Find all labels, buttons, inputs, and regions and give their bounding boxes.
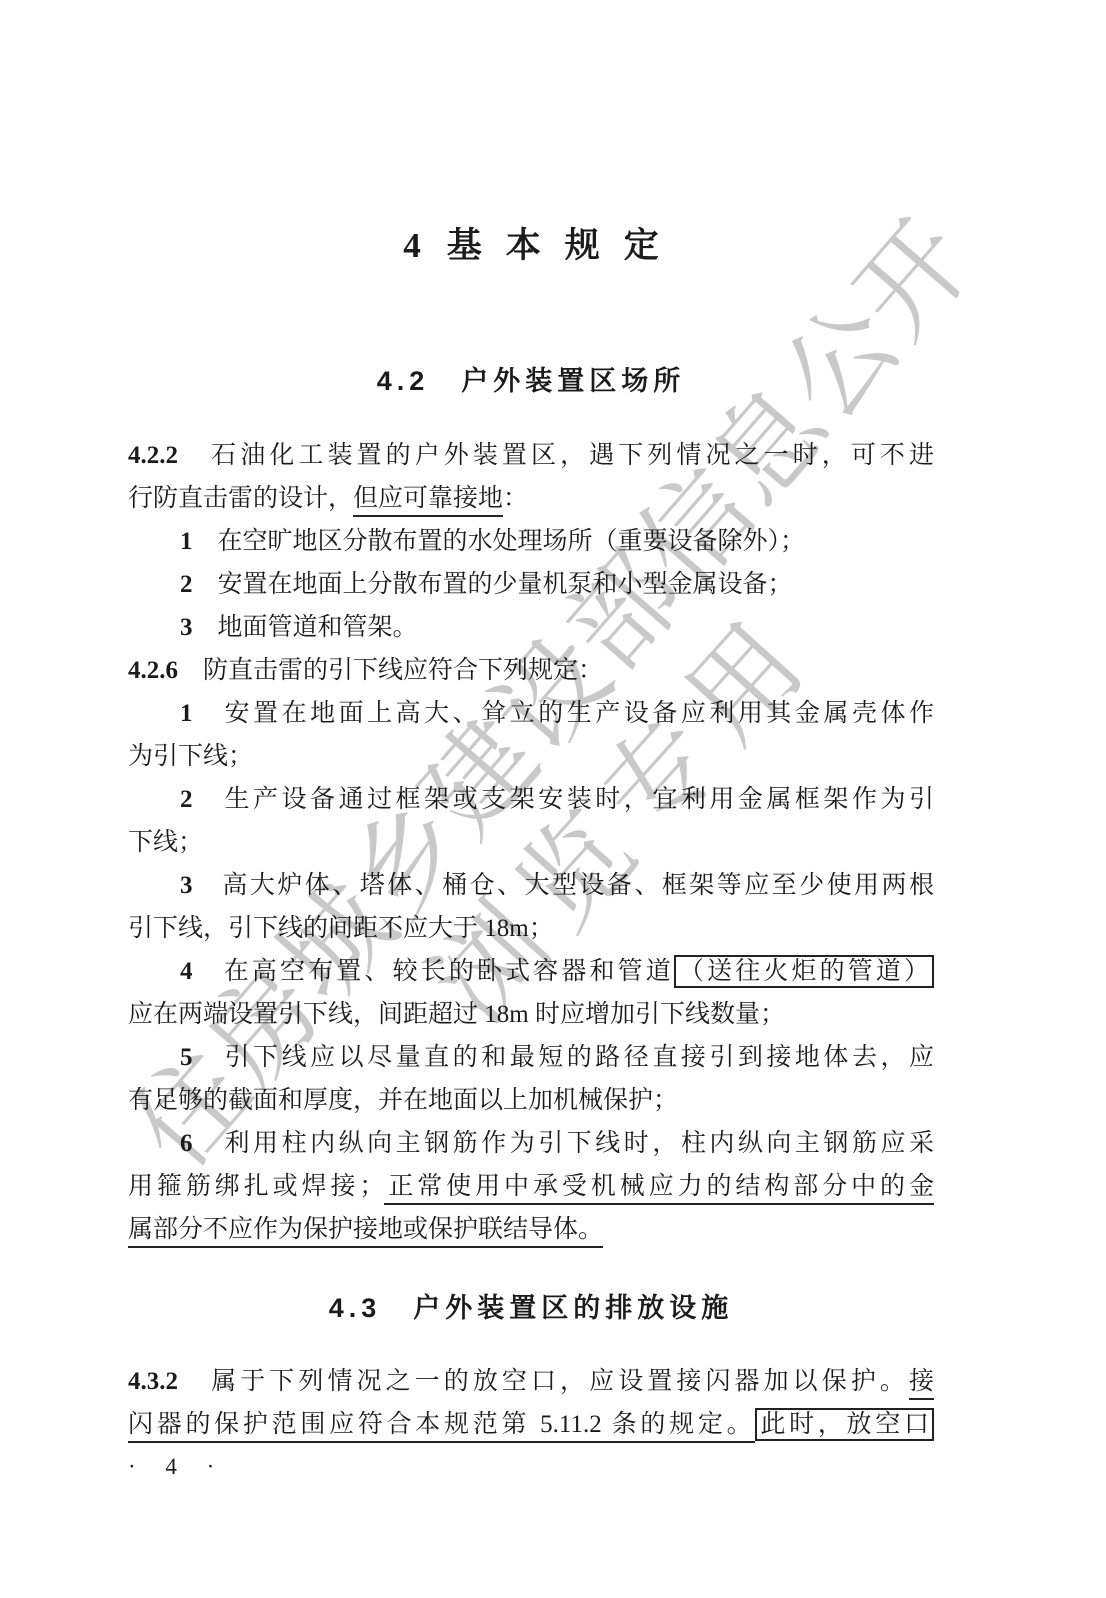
text-segment: 接 xyxy=(909,1368,934,1400)
clause-number: 1 xyxy=(180,528,193,555)
text-segment: 在空旷地区分散布置的水处理场所（重要设备除外）； xyxy=(193,528,806,555)
text-segment: ： xyxy=(503,485,528,512)
clause-number: 4.3.2 xyxy=(128,1368,178,1395)
text-line: 引下线，引下线的间距不应大于 18m； xyxy=(128,907,934,950)
chapter-number: 4 xyxy=(403,226,421,265)
clause-number: 3 xyxy=(180,872,193,899)
text-segment: 闪器的保护范围应符合本规范第 5.11.2 条的规定。 xyxy=(128,1411,755,1443)
chapter-title-text: 基本规定 xyxy=(447,226,683,265)
text-line: 4.2.6 防直击雷的引下线应符合下列规定： xyxy=(128,649,934,692)
text-segment: 行防直击雷的设计， xyxy=(128,485,353,512)
text-segment: 属部分不应作为保护接地或保护联结导体。 xyxy=(128,1216,603,1248)
text-line: 2 生产设备通过框架或支架安装时，宜利用金属框架作为引 xyxy=(128,778,934,821)
text-segment: 此时，放空口 xyxy=(755,1408,934,1441)
text-segment: 在高空布置、较长的卧式容器和管道 xyxy=(193,958,674,985)
text-line: 1 在空旷地区分散布置的水处理场所（重要设备除外）； xyxy=(128,520,934,563)
text-line: 行防直击雷的设计，但应可靠接地： xyxy=(128,477,934,520)
text-segment: 但应可靠接地 xyxy=(353,485,503,517)
text-line: 有足够的截面和厚度，并在地面以上加机械保护； xyxy=(128,1079,934,1122)
document-page: 住房城乡建设部信息公开 浏览专用 4基本规定 4.2 户外装置区场所 4.2.2… xyxy=(0,0,1106,1598)
text-segment: 引下线应以尽量直的和最短的路径直接引到接地体去，应 xyxy=(193,1044,935,1071)
section-heading-4-2: 4.2 户外装置区场所 xyxy=(128,366,934,396)
text-segment: 利用柱内纵向主钢筋作为引下线时，柱内纵向主钢筋应采 xyxy=(193,1130,935,1157)
text-column: 4基本规定 4.2 户外装置区场所 4.2.2 石油化工装置的户外装置区，遇下列… xyxy=(128,0,934,1482)
text-segment: 引下线，引下线的间距不应大于 18m； xyxy=(128,915,554,942)
text-line: 4 在高空布置、较长的卧式容器和管道（送往火炬的管道） xyxy=(128,950,934,993)
text-segment: 高大炉体、塔体、桶仓、大型设备、框架等应至少使用两根 xyxy=(193,872,935,899)
text-segment: 石油化工装置的户外装置区，遇下列情况之一时，可不进 xyxy=(178,442,934,469)
clause-number: 2 xyxy=(180,571,193,598)
text-line: 5 引下线应以尽量直的和最短的路径直接引到接地体去，应 xyxy=(128,1036,934,1079)
text-segment: 为引下线； xyxy=(128,743,253,770)
text-segment: 用箍筋绑扎或焊接； xyxy=(128,1173,384,1200)
text-line: 下线； xyxy=(128,821,934,864)
text-segment: 有足够的截面和厚度，并在地面以上加机械保护； xyxy=(128,1087,678,1114)
clause-number: 3 xyxy=(180,614,193,641)
text-line: 用箍筋绑扎或焊接；正常使用中承受机械应力的结构部分中的金 xyxy=(128,1165,934,1208)
text-line: 闪器的保护范围应符合本规范第 5.11.2 条的规定。此时，放空口 xyxy=(128,1403,934,1446)
text-line: 应在两端设置引下线，间距超过 18m 时应增加引下线数量； xyxy=(128,993,934,1036)
page-number: · 4 · xyxy=(128,1452,934,1482)
text-line: 2 安置在地面上分散布置的少量机泵和小型金属设备； xyxy=(128,563,934,606)
text-segment: 下线； xyxy=(128,829,203,856)
text-segment: 应在两端设置引下线，间距超过 18m 时应增加引下线数量； xyxy=(128,1001,785,1028)
text-segment: 地面管道和管架。 xyxy=(193,614,418,641)
text-line: 属部分不应作为保护接地或保护联结导体。 xyxy=(128,1208,934,1251)
text-segment: 安置在地面上高大、耸立的生产设备应利用其金属壳体作 xyxy=(193,700,935,727)
clause-number: 4.2.6 xyxy=(128,657,178,684)
text-line: 为引下线； xyxy=(128,735,934,778)
clause-number: 4.2.2 xyxy=(128,442,178,469)
text-segment: （送往火炬的管道） xyxy=(674,955,934,988)
text-line: 4.2.2 石油化工装置的户外装置区，遇下列情况之一时，可不进 xyxy=(128,434,934,477)
text-segment: 生产设备通过框架或支架安装时，宜利用金属框架作为引 xyxy=(193,786,935,813)
section-4-3-body: 4.3.2 属于下列情况之一的放空口，应设置接闪器加以保护。接闪器的保护范围应符… xyxy=(128,1360,934,1446)
clause-number: 1 xyxy=(180,700,193,727)
section-heading-4-3: 4.3 户外装置区的排放设施 xyxy=(128,1293,934,1323)
text-segment: 正常使用中承受机械应力的结构部分中的金 xyxy=(384,1173,934,1205)
text-segment: 防直击雷的引下线应符合下列规定： xyxy=(178,657,603,684)
text-line: 3 高大炉体、塔体、桶仓、大型设备、框架等应至少使用两根 xyxy=(128,864,934,907)
page-title: 4基本规定 xyxy=(128,224,934,268)
text-segment: 安置在地面上分散布置的少量机泵和小型金属设备； xyxy=(193,571,793,598)
section-4-2-body: 4.2.2 石油化工装置的户外装置区，遇下列情况之一时，可不进行防直击雷的设计，… xyxy=(128,434,934,1251)
clause-number: 2 xyxy=(180,786,193,813)
text-line: 1 安置在地面上高大、耸立的生产设备应利用其金属壳体作 xyxy=(128,692,934,735)
clause-number: 4 xyxy=(180,958,193,985)
text-line: 3 地面管道和管架。 xyxy=(128,606,934,649)
clause-number: 6 xyxy=(180,1130,193,1157)
text-line: 4.3.2 属于下列情况之一的放空口，应设置接闪器加以保护。接 xyxy=(128,1360,934,1403)
text-segment: 属于下列情况之一的放空口，应设置接闪器加以保护。 xyxy=(178,1368,909,1395)
text-line: 6 利用柱内纵向主钢筋作为引下线时，柱内纵向主钢筋应采 xyxy=(128,1122,934,1165)
clause-number: 5 xyxy=(180,1044,193,1071)
